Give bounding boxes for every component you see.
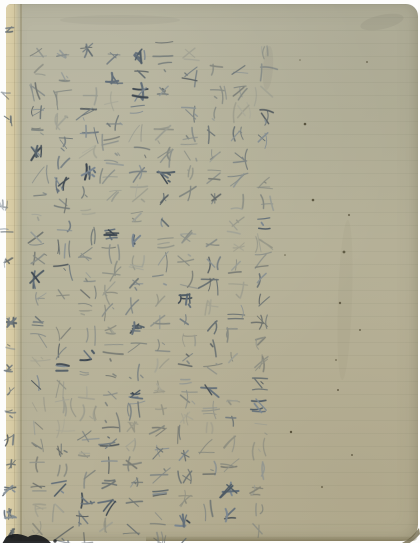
glyph bbox=[132, 235, 140, 247]
glyph bbox=[177, 425, 181, 443]
glyph bbox=[206, 256, 221, 274]
glyph bbox=[129, 255, 145, 271]
glyph bbox=[129, 278, 143, 290]
glyph bbox=[127, 401, 146, 420]
text-column-10 bbox=[28, 48, 50, 535]
glyph bbox=[31, 165, 49, 184]
glyph bbox=[4, 365, 12, 372]
stain-smudge bbox=[359, 11, 405, 34]
glyph bbox=[55, 397, 76, 418]
glyph bbox=[157, 252, 170, 273]
glyph bbox=[178, 490, 193, 508]
stain-smudge bbox=[261, 46, 274, 91]
stain-smudge bbox=[60, 15, 180, 25]
glyph bbox=[78, 286, 96, 307]
glyph bbox=[224, 435, 236, 451]
glyph bbox=[207, 126, 216, 144]
glyph bbox=[198, 439, 215, 455]
glyph bbox=[101, 133, 121, 151]
glyph bbox=[80, 405, 97, 422]
glyph bbox=[202, 401, 220, 419]
glyph bbox=[81, 209, 95, 215]
glyph bbox=[211, 86, 227, 104]
glyph bbox=[153, 490, 169, 496]
stain-smudge bbox=[335, 220, 355, 380]
glyph bbox=[79, 310, 92, 315]
glyph bbox=[105, 325, 116, 335]
glyph bbox=[228, 173, 249, 187]
foxing-speck bbox=[337, 389, 339, 391]
foxing-speck bbox=[304, 123, 307, 126]
glyph bbox=[6, 460, 16, 469]
glyph bbox=[6, 27, 14, 32]
glyph bbox=[252, 438, 266, 459]
manuscript-photo bbox=[0, 0, 420, 543]
glyph bbox=[127, 421, 138, 432]
glyph bbox=[56, 289, 69, 299]
glyph bbox=[259, 109, 274, 125]
glyph bbox=[85, 325, 97, 345]
foxing-speck bbox=[348, 214, 350, 216]
glyph bbox=[251, 524, 263, 538]
foxing-speck bbox=[312, 199, 315, 202]
glyph bbox=[220, 457, 239, 472]
foxing-specks bbox=[284, 59, 368, 488]
glyph bbox=[180, 270, 200, 289]
glyph bbox=[34, 64, 45, 75]
glyph bbox=[212, 107, 216, 120]
glyph bbox=[30, 333, 48, 347]
glyph bbox=[56, 380, 66, 398]
glyph bbox=[127, 125, 144, 143]
glyph bbox=[57, 221, 72, 232]
glyph bbox=[233, 149, 248, 170]
glyph bbox=[103, 343, 124, 362]
glyph bbox=[155, 294, 165, 306]
glyph bbox=[100, 518, 113, 533]
glyph bbox=[99, 437, 119, 449]
glyph bbox=[210, 150, 220, 163]
glyph bbox=[252, 378, 267, 390]
glyph bbox=[225, 328, 237, 343]
glyph bbox=[208, 321, 217, 334]
glyph bbox=[153, 41, 173, 56]
glyph bbox=[102, 261, 120, 281]
glyph bbox=[30, 270, 44, 289]
glyph bbox=[129, 389, 143, 398]
text-column-2 bbox=[219, 65, 251, 522]
glyph bbox=[180, 412, 194, 426]
glyph bbox=[183, 48, 200, 61]
glyph bbox=[32, 214, 41, 220]
text-column-1 bbox=[250, 46, 278, 538]
glyph bbox=[261, 194, 274, 211]
glyph bbox=[32, 521, 43, 536]
glyph bbox=[56, 326, 72, 341]
glyph bbox=[203, 363, 223, 375]
glyph bbox=[6, 344, 15, 349]
glyph bbox=[175, 514, 190, 527]
glyph bbox=[129, 165, 147, 182]
glyph bbox=[233, 86, 248, 100]
glyph bbox=[56, 50, 69, 59]
glyph bbox=[134, 71, 148, 78]
glyph bbox=[182, 66, 198, 87]
glyph bbox=[90, 227, 96, 245]
glyph bbox=[77, 430, 99, 442]
glyph bbox=[226, 416, 236, 427]
glyph bbox=[160, 193, 168, 204]
glyph bbox=[255, 504, 263, 517]
glyph bbox=[134, 147, 150, 158]
glyph bbox=[58, 157, 70, 169]
glyph bbox=[229, 352, 237, 362]
glyph bbox=[207, 170, 221, 184]
glyph bbox=[228, 305, 245, 319]
glyph bbox=[250, 485, 263, 496]
glyph bbox=[4, 116, 12, 126]
glyph bbox=[179, 185, 196, 201]
glyph bbox=[56, 364, 69, 372]
glyph bbox=[80, 43, 93, 57]
glyph bbox=[53, 176, 68, 194]
glyph bbox=[201, 385, 219, 397]
glyph bbox=[76, 511, 88, 526]
glyph bbox=[257, 273, 266, 287]
glyph bbox=[31, 106, 44, 119]
glyph bbox=[80, 371, 89, 375]
glyph bbox=[81, 164, 95, 180]
glyph bbox=[31, 146, 42, 161]
glyph bbox=[253, 85, 274, 105]
glyph bbox=[4, 508, 16, 519]
glyph bbox=[153, 275, 167, 286]
glyph bbox=[35, 293, 46, 306]
glyph bbox=[79, 247, 93, 260]
glyph bbox=[152, 444, 170, 459]
glyph bbox=[230, 195, 244, 210]
glyph bbox=[102, 304, 114, 321]
glyph bbox=[32, 376, 41, 391]
glyph bbox=[31, 128, 43, 135]
glyph bbox=[30, 251, 47, 264]
glyph bbox=[228, 282, 247, 299]
glyph bbox=[52, 504, 64, 522]
glyph bbox=[34, 193, 47, 197]
glyph bbox=[79, 386, 95, 399]
glyph bbox=[204, 501, 213, 521]
glyph bbox=[32, 316, 44, 326]
glyph bbox=[211, 193, 221, 204]
glyph bbox=[206, 239, 219, 247]
glyph bbox=[259, 294, 270, 306]
glyph bbox=[123, 524, 140, 534]
glyph bbox=[101, 282, 118, 305]
glyph bbox=[79, 451, 90, 457]
glyph bbox=[150, 467, 170, 484]
text-column-4 bbox=[175, 48, 200, 543]
glyph bbox=[206, 422, 213, 433]
glyph bbox=[178, 352, 193, 366]
glyph bbox=[155, 405, 166, 415]
glyph bbox=[251, 315, 267, 329]
glyph bbox=[202, 461, 217, 476]
ink-blot bbox=[2, 534, 52, 543]
glyph bbox=[82, 533, 93, 543]
glyph bbox=[178, 294, 191, 308]
glyph bbox=[154, 126, 173, 144]
glyph bbox=[123, 456, 142, 471]
glyph bbox=[2, 486, 16, 496]
glyph bbox=[132, 83, 148, 102]
glyph bbox=[254, 233, 273, 253]
text-column-7 bbox=[98, 53, 124, 533]
glyph bbox=[179, 390, 197, 409]
glyph bbox=[210, 340, 216, 357]
glyph bbox=[106, 373, 116, 377]
glyph bbox=[129, 364, 143, 381]
glyph bbox=[58, 464, 67, 476]
glyph bbox=[161, 218, 170, 227]
text-column-5 bbox=[149, 41, 174, 543]
glyph bbox=[83, 88, 97, 105]
text-column-6 bbox=[123, 49, 150, 534]
glyph bbox=[180, 230, 196, 243]
text-column-9 bbox=[52, 50, 78, 543]
glyph bbox=[80, 492, 94, 508]
glyph bbox=[103, 391, 118, 406]
foxing-speck bbox=[299, 59, 301, 61]
glyph bbox=[255, 337, 266, 350]
foxing-speck bbox=[284, 254, 286, 256]
glyph bbox=[134, 49, 146, 64]
glyph bbox=[227, 216, 244, 234]
glyph bbox=[157, 171, 174, 183]
glyph bbox=[130, 322, 144, 334]
text-column-8 bbox=[76, 43, 99, 543]
handwriting-layer bbox=[0, 0, 420, 543]
glyph bbox=[205, 299, 218, 315]
glyph bbox=[232, 65, 248, 76]
glyph bbox=[54, 89, 74, 110]
glyph bbox=[56, 240, 71, 259]
glyph bbox=[79, 350, 94, 361]
glyph bbox=[28, 232, 43, 245]
glyph bbox=[5, 410, 16, 418]
glyph bbox=[107, 53, 120, 64]
glyph bbox=[104, 152, 124, 165]
glyph bbox=[157, 86, 168, 95]
glyph bbox=[126, 298, 139, 316]
glyph bbox=[7, 317, 17, 327]
glyph bbox=[131, 211, 143, 222]
glyph bbox=[255, 354, 268, 372]
glyph bbox=[106, 115, 123, 131]
glyph bbox=[30, 356, 50, 367]
glyph bbox=[102, 479, 117, 489]
glyph bbox=[126, 497, 143, 507]
glyph bbox=[79, 124, 99, 145]
glyph bbox=[158, 62, 172, 72]
glyph bbox=[1, 92, 10, 99]
glyph bbox=[103, 91, 118, 111]
glyph bbox=[98, 499, 117, 516]
glyph bbox=[258, 218, 270, 229]
glyph bbox=[55, 525, 77, 543]
glyph bbox=[254, 252, 272, 268]
glyph bbox=[154, 381, 165, 392]
glyph bbox=[104, 229, 119, 240]
glyph bbox=[180, 315, 188, 325]
glyph bbox=[31, 482, 46, 492]
glyph bbox=[154, 532, 166, 543]
glyph bbox=[32, 397, 46, 412]
glyph bbox=[182, 334, 197, 347]
glyph bbox=[57, 444, 67, 457]
glyph bbox=[126, 439, 136, 451]
glyph bbox=[150, 513, 165, 525]
glyph bbox=[83, 272, 95, 282]
glyph bbox=[59, 73, 69, 82]
glyph bbox=[81, 187, 87, 199]
glyph bbox=[180, 142, 199, 161]
foxing-speck bbox=[321, 486, 323, 488]
glyph bbox=[59, 137, 72, 151]
glyph bbox=[224, 509, 235, 522]
glyph bbox=[227, 400, 240, 405]
glyph bbox=[7, 388, 14, 396]
glyph bbox=[131, 478, 143, 488]
glyph bbox=[155, 339, 170, 352]
glyph bbox=[199, 278, 219, 295]
glyph bbox=[52, 481, 68, 496]
foxing-speck bbox=[335, 359, 337, 361]
glyph bbox=[0, 200, 8, 211]
glyph bbox=[32, 439, 43, 452]
glyph bbox=[255, 423, 267, 434]
glyph bbox=[100, 169, 118, 184]
glyph bbox=[76, 106, 96, 122]
glyph bbox=[251, 399, 267, 413]
glyph bbox=[157, 146, 173, 167]
glyph bbox=[131, 184, 148, 202]
corner-fold-shadow bbox=[402, 528, 420, 543]
glyph bbox=[233, 243, 245, 251]
glyph bbox=[56, 344, 66, 360]
glyph bbox=[54, 112, 68, 129]
glyph bbox=[79, 144, 97, 160]
glyph bbox=[33, 421, 43, 435]
glyph bbox=[182, 106, 198, 123]
glyph bbox=[128, 343, 147, 352]
edge-fragments bbox=[0, 27, 16, 538]
glyph bbox=[257, 177, 273, 189]
glyph bbox=[107, 190, 121, 201]
glyph bbox=[30, 48, 46, 56]
glyph bbox=[130, 105, 144, 113]
glyph bbox=[180, 379, 192, 384]
glyph bbox=[54, 198, 70, 214]
text-column-3 bbox=[198, 64, 226, 521]
glyph bbox=[83, 470, 95, 489]
glyph bbox=[149, 426, 166, 437]
glyph bbox=[30, 82, 45, 101]
glyph bbox=[54, 264, 73, 280]
glyph bbox=[4, 434, 14, 447]
glyph bbox=[233, 102, 251, 122]
glyph bbox=[177, 254, 194, 267]
glyph bbox=[158, 238, 174, 248]
glyph bbox=[210, 64, 223, 75]
glyph bbox=[176, 538, 188, 543]
glyph bbox=[30, 457, 45, 472]
glyph bbox=[102, 457, 118, 473]
glyph bbox=[260, 462, 265, 480]
foxing-speck bbox=[351, 454, 353, 456]
glyph bbox=[155, 358, 169, 372]
glyph bbox=[219, 482, 239, 498]
glyph bbox=[187, 166, 193, 180]
glyph bbox=[33, 504, 46, 517]
glyph bbox=[151, 315, 170, 330]
glyph bbox=[179, 450, 190, 461]
foxing-speck bbox=[359, 329, 361, 331]
glyph bbox=[4, 257, 13, 268]
glyph bbox=[106, 73, 123, 84]
glyph bbox=[230, 126, 243, 141]
glyph bbox=[228, 259, 241, 273]
glyph bbox=[56, 419, 75, 438]
foxing-speck bbox=[290, 431, 292, 433]
glyph bbox=[102, 413, 120, 433]
glyph bbox=[178, 469, 193, 485]
foxing-speck bbox=[366, 61, 368, 63]
glyph bbox=[183, 127, 198, 141]
glyph bbox=[258, 133, 268, 149]
ink-blot-satellite bbox=[53, 539, 56, 542]
glyph bbox=[0, 229, 13, 232]
